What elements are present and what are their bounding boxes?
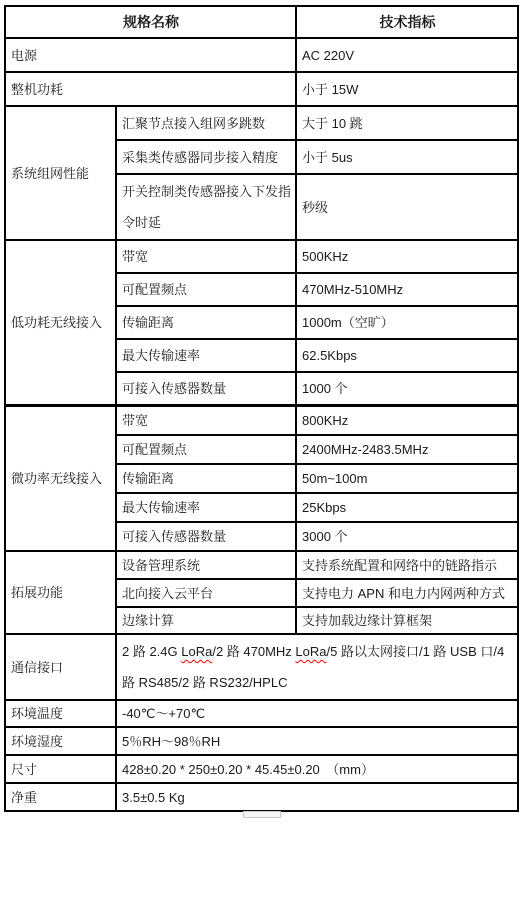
row-label: 净重: [5, 783, 116, 811]
sub-item-label: 传输距离: [116, 464, 296, 493]
row-label: 环境温度: [5, 700, 116, 727]
sub-item-label: 带宽: [116, 405, 296, 435]
sub-item-value: 小于 5us: [296, 140, 518, 174]
tech-index-header: 技术指标: [296, 6, 518, 38]
sub-item-value: 秒级: [296, 174, 518, 240]
row-value: 5％RH～98％RH: [116, 727, 518, 755]
sub-item-value: 支持系统配置和网络中的链路指示: [296, 551, 518, 579]
sub-item-label: 采集类传感器同步接入精度: [116, 140, 296, 174]
table-row: 系统组网性能 汇聚节点接入组网多跳数 大于 10 跳: [5, 106, 518, 140]
sub-item-label: 可配置频点: [116, 435, 296, 464]
spec-name-header: 规格名称: [5, 6, 296, 38]
table-row: 微功率无线接入 带宽 800KHz: [5, 405, 518, 435]
sub-item-value: 470MHz-510MHz: [296, 273, 518, 306]
sub-item-label: 传输距离: [116, 306, 296, 339]
sub-item-label: 边缘计算: [116, 607, 296, 634]
group-label: 系统组网性能: [5, 106, 116, 240]
table-row: 通信接口 2 路 2.4G LoRa/2 路 470MHz LoRa/5 路以太…: [5, 634, 518, 700]
sub-item-label: 可接入传感器数量: [116, 372, 296, 405]
row-label: 整机功耗: [5, 72, 296, 106]
table-row: 拓展功能 设备管理系统 支持系统配置和网络中的链路指示: [5, 551, 518, 579]
row-label: 尺寸: [5, 755, 116, 783]
sub-item-value: 1000 个: [296, 372, 518, 405]
sub-item-value: 大于 10 跳: [296, 106, 518, 140]
spec-table: 规格名称 技术指标 电源 AC 220V 整机功耗 小于 15W 系统组网性能 …: [4, 5, 519, 812]
table-row: 整机功耗 小于 15W: [5, 72, 518, 106]
sub-item-value: 1000m（空旷）: [296, 306, 518, 339]
row-label: 电源: [5, 38, 296, 72]
sub-item-value: 支持电力 APN 和电力内网两种方式: [296, 579, 518, 607]
row-value: 3.5±0.5 Kg: [116, 783, 518, 811]
table-resize-handle-artifact: [243, 811, 281, 818]
sub-item-value: 800KHz: [296, 405, 518, 435]
sub-item-label: 北向接入云平台: [116, 579, 296, 607]
row-value: -40℃～+70℃: [116, 700, 518, 727]
table-header-row: 规格名称 技术指标: [5, 6, 518, 38]
sub-item-label: 最大传输速率: [116, 339, 296, 372]
row-label: 环境湿度: [5, 727, 116, 755]
table-row: 环境温度 -40℃～+70℃: [5, 700, 518, 727]
group-label: 拓展功能: [5, 551, 116, 634]
sub-item-value: 3000 个: [296, 522, 518, 551]
sub-item-label: 可配置频点: [116, 273, 296, 306]
group-label: 微功率无线接入: [5, 405, 116, 551]
table-row: 环境湿度 5％RH～98％RH: [5, 727, 518, 755]
row-value: 428±0.20 * 250±0.20 * 45.45±0.20 （mm）: [116, 755, 518, 783]
table-row: 电源 AC 220V: [5, 38, 518, 72]
sub-item-label: 带宽: [116, 240, 296, 273]
table-row: 尺寸 428±0.20 * 250±0.20 * 45.45±0.20 （mm）: [5, 755, 518, 783]
table-row: 净重 3.5±0.5 Kg: [5, 783, 518, 811]
row-value: 2 路 2.4G LoRa/2 路 470MHz LoRa/5 路以太网接口/1…: [116, 634, 518, 700]
sub-item-label: 可接入传感器数量: [116, 522, 296, 551]
sub-item-value: 2400MHz-2483.5MHz: [296, 435, 518, 464]
sub-item-value: 25Kbps: [296, 493, 518, 522]
sub-item-label: 汇聚节点接入组网多跳数: [116, 106, 296, 140]
sub-item-value: 62.5Kbps: [296, 339, 518, 372]
group-label: 低功耗无线接入: [5, 240, 116, 405]
sub-item-label: 设备管理系统: [116, 551, 296, 579]
sub-item-value: 50m~100m: [296, 464, 518, 493]
sub-item-value: 500KHz: [296, 240, 518, 273]
sub-item-label: 最大传输速率: [116, 493, 296, 522]
row-value: 小于 15W: [296, 72, 518, 106]
table-row: 低功耗无线接入 带宽 500KHz: [5, 240, 518, 273]
sub-item-label: 开关控制类传感器接入下发指令时延: [116, 174, 296, 240]
row-value: AC 220V: [296, 38, 518, 72]
sub-item-value: 支持加载边缘计算框架: [296, 607, 518, 634]
row-label: 通信接口: [5, 634, 116, 700]
